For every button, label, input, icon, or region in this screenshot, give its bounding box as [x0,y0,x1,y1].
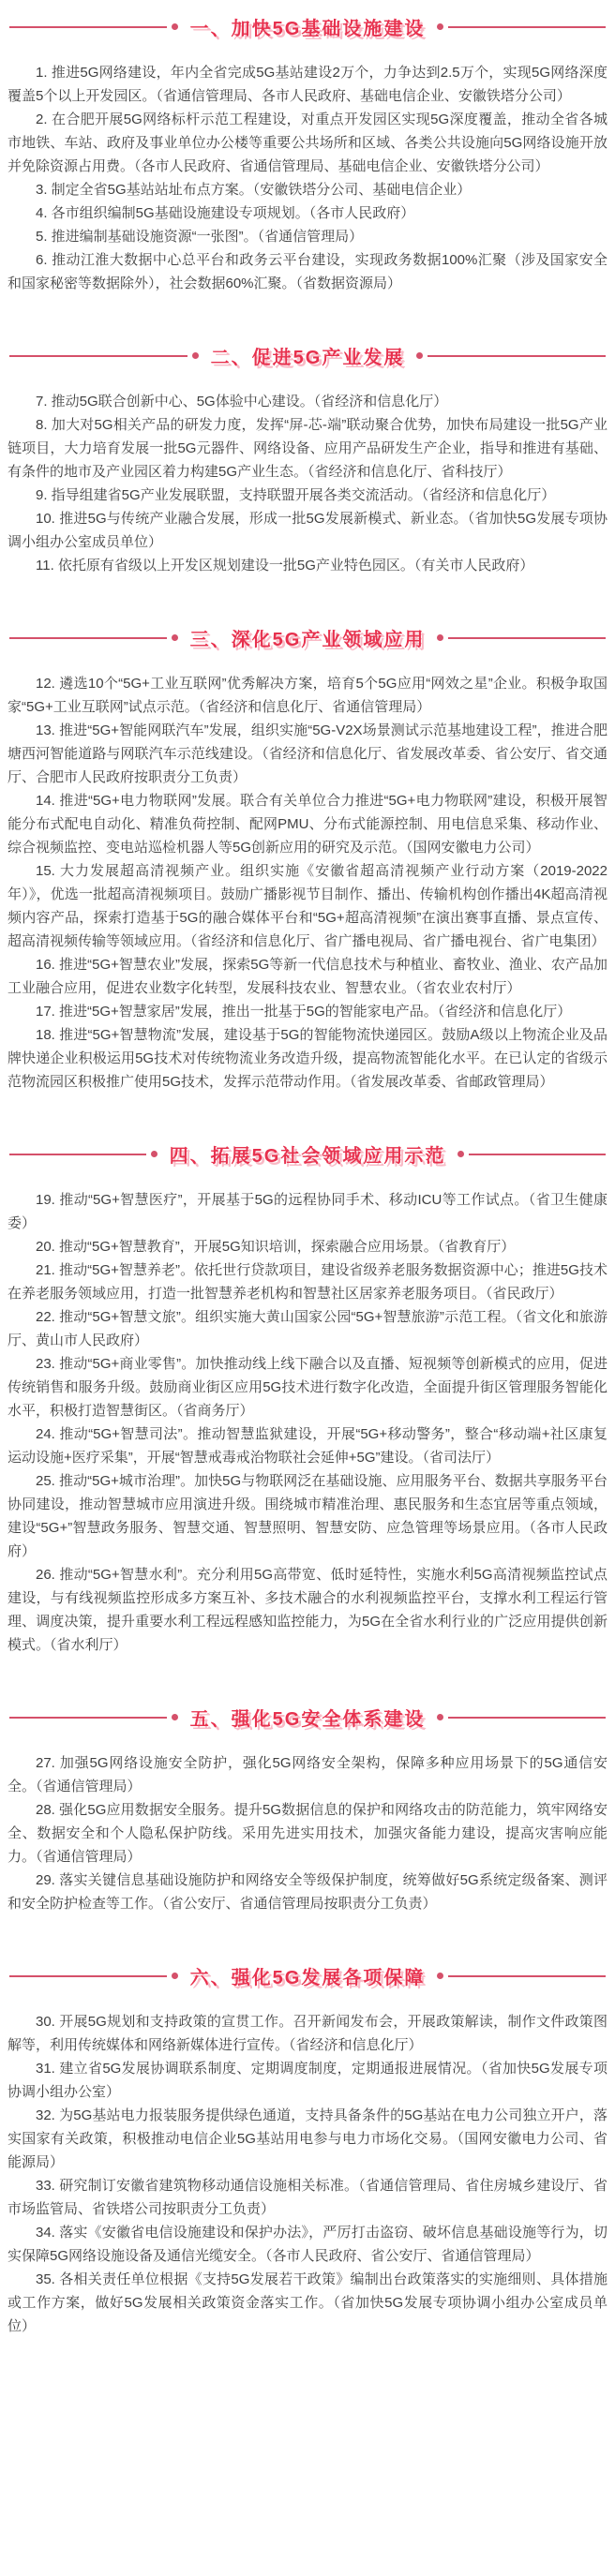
policy-item: 21. 推动“5G+智慧养老”。依托世行贷款项目，建设省级养老服务数据资源中心；… [7,1258,607,1305]
section-items: 7. 推动5G联合创新中心、5G体验中心建设。（省经济和信息化厅） 8. 加大对… [7,390,607,577]
policy-item: 34. 落实《安徽省电信设施建设和保护办法》，严厉打击盗窃、破坏信息基础设施等行… [7,2221,607,2268]
section-title: 五、强化5G安全体系建设 [178,1704,438,1731]
policy-item: 25. 推动“5G+城市治理”。加快5G与物联网泛在基础设施、应用服务平台、数据… [7,1469,607,1563]
divider-line-right [448,637,606,639]
policy-item: 14. 推进“5G+电力物联网”发展。联合有关单位合力推进“5G+电力物联网”建… [7,789,607,859]
policy-item: 31. 建立省5G发展协调联系制度、定期调度制度，定期通报进展情况。（省加快5G… [7,2057,607,2104]
section-items: 30. 开展5G规划和支持政策的宣贯工作。召开新闻发布会，开展政策解读，制作文件… [7,2010,607,2338]
divider-dot-right [457,1151,464,1157]
policy-section: 四、拓展5G社会领域应用示范 19. 推动“5G+智慧医疗”，开展基于5G的远程… [7,1140,607,1657]
policy-item: 20. 推动“5G+智慧教育”，开展5G知识培训，探索融合应用场景。（省教育厅） [7,1235,607,1258]
divider-line-left [9,1717,167,1719]
section-header: 一、加快5G基础设施建设 [9,13,606,40]
section-header: 五、强化5G安全体系建设 [9,1704,606,1731]
divider-line-left [9,26,167,28]
policy-item: 23. 推动“5G+商业零售”。加快推动线上线下融合以及直播、短视频等创新模式的… [7,1352,607,1422]
divider-dot-left [172,634,178,641]
policy-item: 24. 推动“5G+智慧司法”。推动智慧监狱建设，开展“5G+移动警务”，整合“… [7,1422,607,1469]
policy-item: 4. 各市组织编制5G基础设施建设专项规划。（各市人民政府） [7,201,607,225]
divider-dot-left [172,1714,178,1720]
policy-item: 9. 指导组建省5G产业发展联盟，支持联盟开展各类交流活动。（省经济和信息化厅） [7,484,607,507]
policy-item: 27. 加强5G网络设施安全防护，强化5G网络安全架构，保障多种应用场景下的5G… [7,1751,607,1798]
section-items: 1. 推进5G网络建设，年内全省完成5G基站建设2万个，力争达到2.5万个，实现… [7,61,607,295]
section-header: 六、强化5G发展各项保障 [9,1962,606,1989]
divider-dot-left [192,352,199,359]
divider-dot-right [416,352,423,359]
section-header: 四、拓展5G社会领域应用示范 [9,1140,606,1168]
page: { "theme": { "accent_red": "#d5506a", "t… [0,0,615,2351]
policy-item: 8. 加大对5G相关产品的研发力度，发挥“屏-芯-端”联动聚合优势，加快布局建设… [7,413,607,484]
divider-line-left [9,1975,167,1977]
divider-dot-right [437,1973,443,1979]
policy-item: 1. 推进5G网络建设，年内全省完成5G基站建设2万个，力争达到2.5万个，实现… [7,61,607,108]
policy-item: 30. 开展5G规划和支持政策的宣贯工作。召开新闻发布会，开展政策解读，制作文件… [7,2010,607,2057]
policy-item: 29. 落实关键信息基础设施防护和网络安全等级保护制度，统筹做好5G系统定级备案… [7,1869,607,1915]
divider-line-right [448,26,606,28]
divider-dot-left [172,23,178,30]
divider-dot-left [172,1973,178,1979]
divider-line-left [9,355,187,357]
policy-item: 12. 遴选10个“5G+工业互联网”优秀解决方案，培育5个5G应用“网效之星”… [7,672,607,719]
policy-section: 六、强化5G发展各项保障 30. 开展5G规划和支持政策的宣贯工作。召开新闻发布… [7,1962,607,2338]
policy-section: 三、深化5G产业领域应用 12. 遴选10个“5G+工业互联网”优秀解决方案，培… [7,624,607,1094]
section-title: 四、拓展5G社会领域应用示范 [157,1140,458,1168]
policy-item: 17. 推进“5G+智慧家居”发展，推出一批基于5G的智能家电产品。（省经济和信… [7,1000,607,1023]
divider-dot-right [437,23,443,30]
divider-line-left [9,637,167,639]
divider-line-right [448,1717,606,1719]
divider-line-right [469,1154,606,1155]
divider-dot-left [151,1151,157,1157]
divider-dot-right [437,1714,443,1720]
policy-item: 18. 推进“5G+智慧物流”发展，建设基于5G的智能物流快递园区。鼓励A级以上… [7,1023,607,1094]
policy-section: 一、加快5G基础设施建设 1. 推进5G网络建设，年内全省完成5G基站建设2万个… [7,13,607,295]
divider-line-right [427,355,606,357]
section-header: 二、促进5G产业发展 [9,342,606,369]
policy-item: 11. 依托原有省级以上开发区规划建设一批5G产业特色园区。（有关市人民政府） [7,554,607,577]
divider-dot-right [437,634,443,641]
policy-section: 五、强化5G安全体系建设 27. 加强5G网络设施安全防护，强化5G网络安全架构… [7,1704,607,1915]
policy-item: 3. 制定全省5G基站站址布点方案。（安徽铁塔分公司、基础电信企业） [7,178,607,201]
section-items: 27. 加强5G网络设施安全防护，强化5G网络安全架构，保障多种应用场景下的5G… [7,1751,607,1915]
policy-item: 28. 强化5G应用数据安全服务。提升5G数据信息的保护和网络攻击的防范能力，筑… [7,1798,607,1869]
policy-section: 二、促进5G产业发展 7. 推动5G联合创新中心、5G体验中心建设。（省经济和信… [7,342,607,577]
policy-item: 16. 推进“5G+智慧农业”发展，探索5G等新一代信息技术与种植业、畜牧业、渔… [7,953,607,1000]
divider-line-left [9,1154,146,1155]
policy-item: 32. 为5G基站电力报装服务提供绿色通道，支持具备条件的5G基站在电力公司独立… [7,2104,607,2174]
policy-item: 5. 推进编制基础设施资源“一张图”。（省通信管理局） [7,225,607,248]
policy-item: 22. 推动“5G+智慧文旅”。组织实施大黄山国家公园“5G+智慧旅游”示范工程… [7,1305,607,1352]
section-header: 三、深化5G产业领域应用 [9,624,606,651]
divider-line-right [448,1975,606,1977]
policy-item: 15. 大力发展超高清视频产业。组织实施《安徽省超高清视频产业行动方案（2019… [7,859,607,953]
section-title: 三、深化5G产业领域应用 [178,624,438,651]
policy-item: 26. 推动“5G+智慧水利”。充分利用5G高带宽、低时延特性，实施水利5G高清… [7,1563,607,1657]
policy-item: 33. 研究制订安徽省建筑物移动通信设施相关标准。（省通信管理局、省住房城乡建设… [7,2174,607,2221]
policy-item: 10. 推进5G与传统产业融合发展，形成一批5G发展新模式、新业态。（省加快5G… [7,507,607,554]
policy-item: 7. 推动5G联合创新中心、5G体验中心建设。（省经济和信息化厅） [7,390,607,413]
section-items: 19. 推动“5G+智慧医疗”，开展基于5G的远程协同手术、移动ICU等工作试点… [7,1188,607,1657]
section-title: 六、强化5G发展各项保障 [178,1962,438,1989]
policy-item: 2. 在合肥开展5G网络标杆示范工程建设，对重点开发园区实现5G深度覆盖，推动全… [7,108,607,178]
section-items: 12. 遴选10个“5G+工业互联网”优秀解决方案，培育5个5G应用“网效之星”… [7,672,607,1094]
policy-document: 一、加快5G基础设施建设 1. 推进5G网络建设，年内全省完成5G基站建设2万个… [0,0,615,2351]
policy-item: 35. 各相关责任单位根据《支持5G发展若干政策》编制出台政策落实的实施细则、具… [7,2268,607,2338]
section-title: 二、促进5G产业发展 [199,342,417,369]
policy-item: 19. 推动“5G+智慧医疗”，开展基于5G的远程协同手术、移动ICU等工作试点… [7,1188,607,1235]
policy-item: 6. 推动江淮大数据中心总平台和政务云平台建设，实现政务数据100%汇聚（涉及国… [7,248,607,295]
policy-item: 13. 推进“5G+智能网联汽车”发展，组织实施“5G-V2X场景测试示范基地建… [7,719,607,789]
section-title: 一、加快5G基础设施建设 [178,13,438,40]
